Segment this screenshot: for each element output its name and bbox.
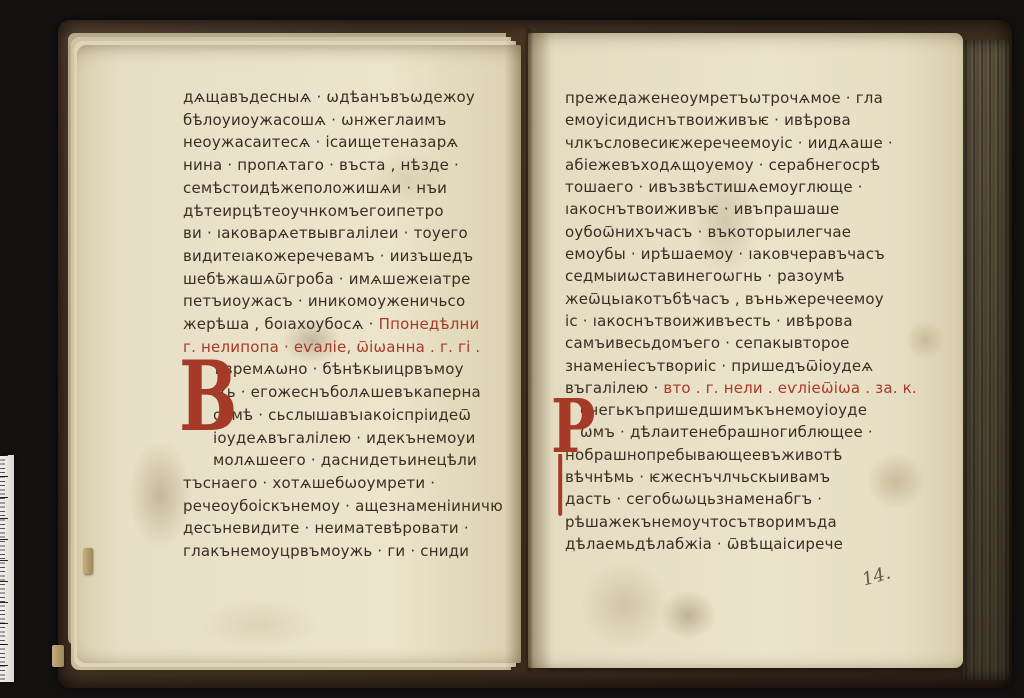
body-text: члкъсловесиѥжеречеемоуіс · иидѧаше · bbox=[565, 134, 893, 152]
body-text: ѡмъ · дѣлаитенебрашногиблющее · bbox=[580, 423, 873, 441]
body-text: петъиоужасъ · иникомоуженичьсо bbox=[183, 292, 465, 310]
measuring-ruler bbox=[0, 455, 14, 682]
body-text: емоубы · ирѣшаемоу · ıаковчеравъчасъ bbox=[565, 245, 885, 263]
body-text: жерѣша , боıахоубосѧ · bbox=[183, 315, 379, 333]
body-text: дѣтеирцѣтеоучнкомъегоипетро bbox=[183, 202, 444, 220]
manuscript-line: нина · пропѧтаго · въста , нѣзде · bbox=[183, 154, 483, 177]
body-text: шебѣжашѧѿгроба · имѧшежеıатре bbox=[183, 270, 471, 288]
manuscript-line: жеѿцьıакотъбѣчасъ , въньжеречеемоу bbox=[565, 288, 889, 310]
body-text: семѣстоидѣжеположишѧи · нъи bbox=[183, 179, 447, 197]
body-text: жь · егожеснъболѧшевъкаперна bbox=[213, 383, 481, 401]
manuscript-line: бѣлоуиоужасошѧ · ѡнжеглаимъ bbox=[183, 109, 483, 132]
body-text: тъснаего · хотѧшебѡоумрети · bbox=[183, 474, 435, 492]
manuscript-line: рѣшажекънемоучтосътворимъда bbox=[565, 511, 889, 533]
body-text: жеѿцьıакотъбѣчасъ , въньжеречеемоу bbox=[565, 290, 884, 308]
body-text: рѣшажекънемоучтосътворимъда bbox=[565, 513, 837, 531]
manuscript-line: ви · ıаковарѧетвывгалілеи · тоуего bbox=[183, 222, 483, 245]
body-text: дасть · сегобѡѡцьзнаменабгъ · bbox=[565, 490, 822, 508]
manuscript-line: въгалілею · вто . г. нели . еѵліеѿіѡа . … bbox=[565, 377, 889, 399]
body-text: бѣлоуиоужасошѧ · ѡнжеглаимъ bbox=[183, 111, 447, 129]
body-text: неоужасаитесѧ · ісаищетеназарѧ bbox=[183, 133, 458, 151]
book-fore-edge bbox=[961, 40, 1009, 680]
body-text: речеоубоіскънемоу · ащезнаменіиничю bbox=[183, 497, 503, 515]
manuscript-line: абіежевъходѧщоуемоу · серабнегосрѣ bbox=[565, 154, 889, 176]
manuscript-line: члкъсловесиѥжеречеемоуіс · иидѧаше · bbox=[565, 132, 889, 154]
manuscript-line: ıакоснътвоиживъѥ · ивъпрашаше bbox=[565, 198, 889, 220]
manuscript-line: дѧщавъдесныѧ · ѡдѣанъвъѡдежоу bbox=[183, 86, 483, 109]
manuscript-line: речеоубоіскънемоу · ащезнаменіиничю bbox=[183, 495, 483, 518]
manuscript-line: знаменіесътвориіс · пришедъѿіоудеѧ bbox=[565, 355, 889, 377]
body-text: глакънемоуцрвъмоужь · ги · сниди bbox=[183, 542, 469, 560]
manuscript-line: глакънемоуцрвъмоужь · ги · сниди bbox=[183, 540, 483, 563]
manuscript-line: десъневидите · неиматевѣровати · bbox=[183, 517, 483, 540]
body-text: нина · пропѧтаго · въста , нѣзде · bbox=[183, 156, 459, 174]
body-text: тошаего · ивъзвѣстишѧемоуглюще · bbox=[565, 178, 863, 196]
manuscript-line: оубоѿнихъчасъ · въкоторыилегчае bbox=[565, 221, 889, 243]
body-text: самъивесьдомъего · сепакывторое bbox=[565, 334, 850, 352]
manuscript-line: тъснаего · хотѧшебѡоумрети · bbox=[183, 472, 483, 495]
manuscript-line: ечегькъпришедшимъкънемоуіоуде bbox=[565, 399, 889, 421]
manuscript-line: жерѣша , боıахоубосѧ · Ппонедѣлни bbox=[183, 313, 483, 336]
manuscript-line: семѣстоидѣжеположишѧи · нъи bbox=[183, 177, 483, 200]
body-text: абіежевъходѧщоуемоу · серабнегосрѣ bbox=[565, 156, 880, 174]
clasp-strap bbox=[52, 645, 64, 667]
manuscript-line: видитеıакожеречевамъ · иизъшедъ bbox=[183, 245, 483, 268]
body-text: емоуісидиснътвоиживъѥ · ивѣрова bbox=[565, 111, 851, 129]
manuscript-line: дѣтеирцѣтеоучнкомъегоипетро bbox=[183, 200, 483, 223]
manuscript-line: петъиоужасъ · иникомоуженичьсо bbox=[183, 290, 483, 313]
manuscript-line: емоуісидиснътвоиживъѥ · ивѣрова bbox=[565, 109, 889, 131]
body-text: дѣлаемьдѣлабжіа · ѿвѣщаісирече bbox=[565, 535, 843, 553]
body-text: ечегькъпришедшимъкънемоуіоуде bbox=[580, 401, 867, 419]
manuscript-line: ѡмъ · дѣлаитенебрашногиблющее · bbox=[565, 421, 889, 443]
manuscript-line: тошаего · ивъзвѣстишѧемоуглюще · bbox=[565, 176, 889, 198]
rubric-text: Ппонедѣлни bbox=[379, 315, 480, 333]
body-text: седмыиѡставинегоѡгнь · разоумѣ bbox=[565, 267, 845, 285]
manuscript-line: самъивесьдомъего · сепакывторое bbox=[565, 332, 889, 354]
manuscript-line: нобрашнопребывающеевъживотѣ bbox=[565, 444, 889, 466]
manuscript-line: іс · ıакоснътвоиживъесть · ивѣрова bbox=[565, 310, 889, 332]
body-text: молѧшеего · даснидетьинецѣли bbox=[213, 451, 477, 469]
body-text: видитеıакожеречевамъ · иизъшедъ bbox=[183, 247, 473, 265]
manuscript-line: емоубы · ирѣшаемоу · ıаковчеравъчасъ bbox=[565, 243, 889, 265]
illuminated-initial: В bbox=[179, 349, 237, 445]
clasp-strap bbox=[84, 548, 93, 574]
body-text: оубоѿнихъчасъ · въкоторыилегчае bbox=[565, 223, 851, 241]
right-page-text: прежедаженеоумретъѡтрочѧмое · глаемоуіси… bbox=[565, 87, 889, 555]
manuscript-line: вѣчнѣмь · ѥжеснъчлчьскыивамъ bbox=[565, 466, 889, 488]
manuscript-photo: дѧщавъдесныѧ · ѡдѣанъвъѡдежоубѣлоуиоужас… bbox=[0, 0, 1024, 698]
manuscript-line: неоужасаитесѧ · ісаищетеназарѧ bbox=[183, 131, 483, 154]
body-text: десъневидите · неиматевѣровати · bbox=[183, 519, 469, 537]
illuminated-initial: Р bbox=[551, 390, 596, 464]
rubric-text: вто . г. нели . еѵліеѿіѡа . за. к. bbox=[663, 379, 916, 397]
body-text: дѧщавъдесныѧ · ѡдѣанъвъѡдежоу bbox=[183, 88, 475, 106]
manuscript-line: седмыиѡставинегоѡгнь · разоумѣ bbox=[565, 265, 889, 287]
body-text: ъвремѧѡно · бѣнѣкыицрвъмоу bbox=[213, 360, 464, 378]
body-text: іоудеѧвъгалілею · идекънемоуи bbox=[213, 429, 476, 447]
body-text: ви · ıаковарѧетвывгалілеи · тоуего bbox=[183, 224, 468, 242]
manuscript-line: дасть · сегобѡѡцьзнаменабгъ · bbox=[565, 488, 889, 510]
manuscript-line: прежедаженеоумретъѡтрочѧмое · гла bbox=[565, 87, 889, 109]
body-text: знаменіесътвориіс · пришедъѿіоудеѧ bbox=[565, 357, 873, 375]
body-text: оумѣ · сьслышавъıакоіспріидеѿ bbox=[213, 406, 471, 424]
manuscript-line: шебѣжашѧѿгроба · имѧшежеıатре bbox=[183, 268, 483, 291]
body-text: прежедаженеоумретъѡтрочѧмое · гла bbox=[565, 89, 883, 107]
left-page-text: дѧщавъдесныѧ · ѡдѣанъвъѡдежоубѣлоуиоужас… bbox=[183, 86, 483, 563]
body-text: іс · ıакоснътвоиживъесть · ивѣрова bbox=[565, 312, 853, 330]
body-text: ıакоснътвоиживъѥ · ивъпрашаше bbox=[565, 200, 839, 218]
body-text: нобрашнопребывающеевъживотѣ bbox=[565, 446, 843, 464]
manuscript-line: дѣлаемьдѣлабжіа · ѿвѣщаісирече bbox=[565, 533, 889, 555]
body-text: вѣчнѣмь · ѥжеснъчлчьскыивамъ bbox=[565, 468, 830, 486]
